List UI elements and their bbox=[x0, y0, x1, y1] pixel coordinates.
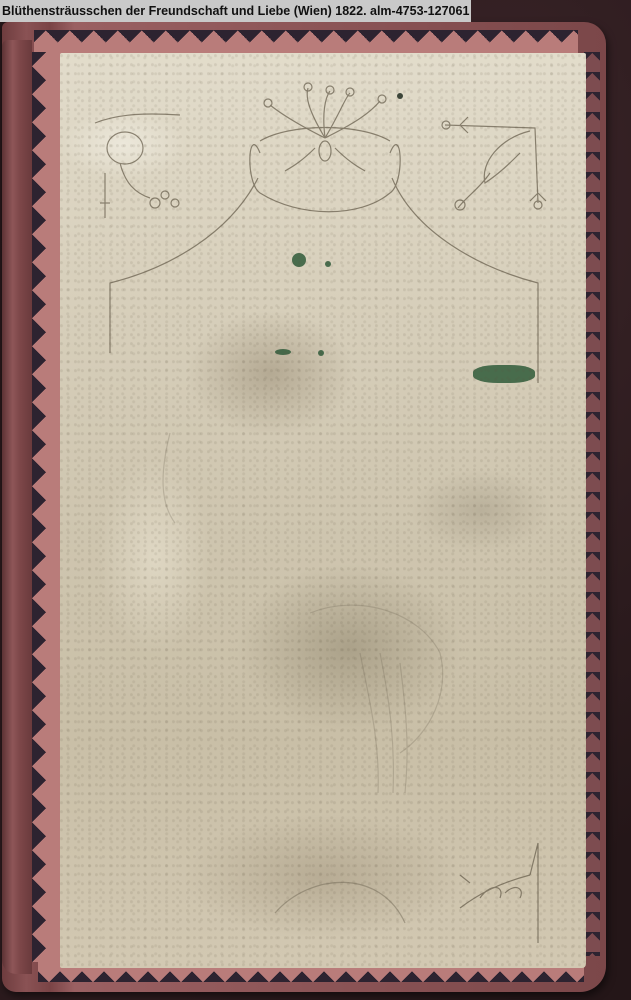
engraved-ornaments bbox=[60, 53, 586, 968]
zigzag-border-right bbox=[584, 52, 600, 956]
spine-edge bbox=[2, 40, 32, 974]
top-left-floral-icon bbox=[95, 114, 180, 218]
green-stain bbox=[275, 349, 291, 355]
top-center-floral-icon bbox=[110, 83, 538, 383]
green-stain bbox=[292, 253, 306, 267]
top-right-floral-icon bbox=[442, 117, 546, 210]
green-stain bbox=[325, 261, 331, 267]
zigzag-border-left bbox=[32, 52, 60, 962]
green-stain bbox=[318, 350, 324, 356]
paper-panel bbox=[60, 53, 586, 968]
image-caption: Blüthensträusschen der Freundschaft und … bbox=[0, 0, 471, 22]
green-stain bbox=[473, 365, 535, 383]
ink-dot bbox=[397, 93, 403, 99]
faint-figure bbox=[163, 433, 443, 793]
book-cover bbox=[2, 22, 606, 992]
lower-arc bbox=[275, 882, 405, 923]
bottom-right-floral-icon bbox=[460, 843, 538, 943]
